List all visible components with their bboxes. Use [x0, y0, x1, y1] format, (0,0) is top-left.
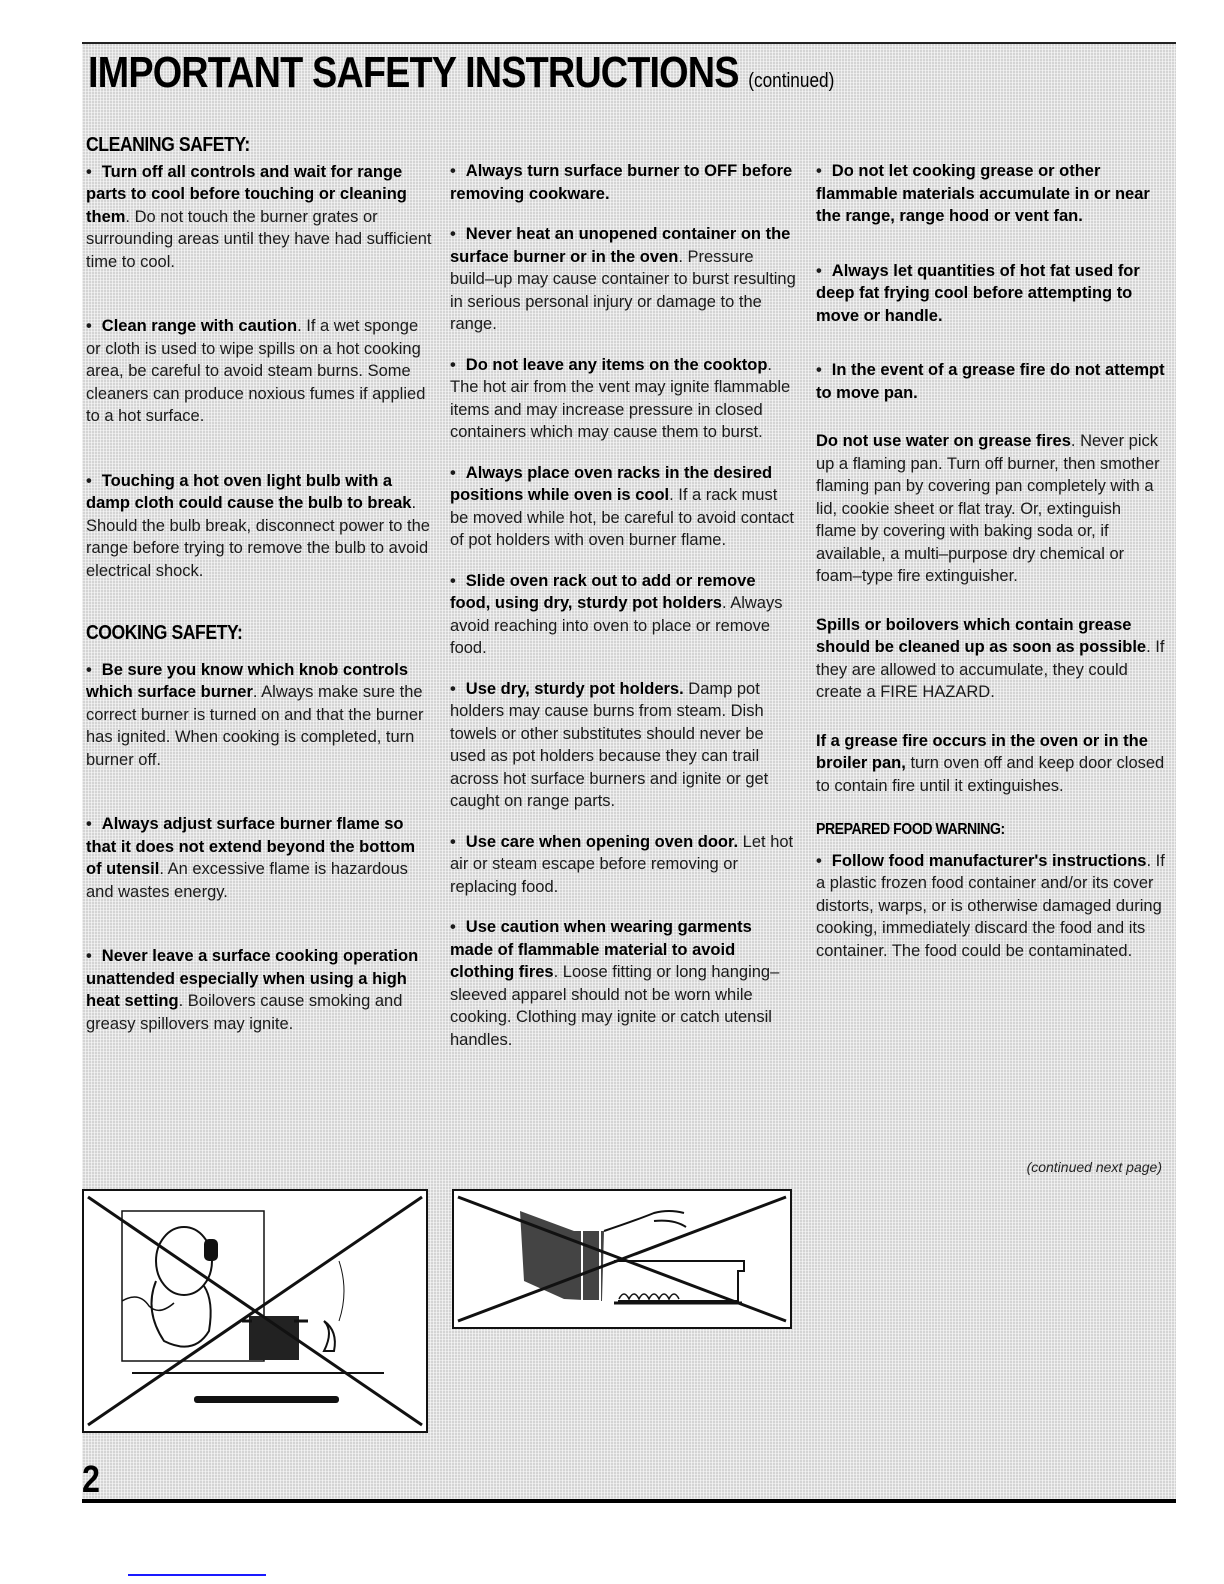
item-bold: Use dry, sturdy pot holders. — [466, 680, 684, 698]
column-3: •Do not let cooking grease or other flam… — [816, 164, 1166, 962]
instruction-item: •Always adjust surface burner flame so t… — [86, 813, 434, 903]
item-bold: Do not leave any items on the cooktop — [466, 356, 768, 374]
loose-sleeve-figure — [452, 1189, 792, 1329]
instruction-item: •Never heat an unopened container on the… — [450, 223, 796, 336]
item-bold: Follow food manufacturer's instructions — [832, 852, 1147, 870]
bullet-icon: • — [816, 361, 822, 379]
bullet-icon: • — [86, 317, 92, 335]
title-text: IMPORTANT SAFETY INSTRUCTIONS — [88, 48, 739, 97]
page-title: IMPORTANT SAFETY INSTRUCTIONS (continued… — [88, 48, 834, 98]
instruction-item: •Use care when opening oven door. Let ho… — [450, 831, 796, 899]
continued-next-page-note: (continued next page) — [1027, 1159, 1162, 1175]
instruction-item: •Do not let cooking grease or other flam… — [816, 160, 1166, 228]
instruction-item: •Always place oven racks in the desired … — [450, 462, 796, 552]
bullet-icon: • — [86, 815, 92, 833]
column-1: CLEANING SAFETY: •Turn off all controls … — [86, 164, 434, 1035]
crossed-out-unattended-cooking-icon — [84, 1191, 426, 1431]
bullet-icon: • — [86, 472, 92, 490]
crossed-out-loose-sleeve-icon — [454, 1191, 790, 1327]
item-bold: Touching a hot oven light bulb with a da… — [86, 472, 411, 513]
item-text: Damp pot holders may cause burns from st… — [450, 680, 768, 811]
item-bold: Always let quantities of hot fat used fo… — [816, 262, 1140, 325]
unattended-cooking-figure — [82, 1189, 428, 1433]
warning-paragraph: Spills or boilovers which contain grease… — [816, 614, 1166, 704]
item-bold: Always turn surface burner to OFF before… — [450, 162, 792, 203]
column-2: •Always turn surface burner to OFF befor… — [450, 164, 796, 1051]
bullet-icon: • — [450, 680, 456, 698]
title-suffix: (continued) — [748, 70, 834, 92]
instruction-item: •Use dry, sturdy pot holders. Damp pot h… — [450, 678, 796, 813]
instruction-item: •In the event of a grease fire do not at… — [816, 359, 1166, 404]
warning-paragraph: Do not use water on grease fires. Never … — [816, 430, 1166, 588]
instruction-item: •Do not leave any items on the cooktop. … — [450, 354, 796, 444]
bullet-icon: • — [450, 918, 456, 936]
instruction-item: •Use caution when wearing garments made … — [450, 916, 796, 1051]
cleaning-safety-heading: CLEANING SAFETY: — [86, 134, 392, 157]
bullet-icon: • — [86, 661, 92, 679]
item-bold: Use care when opening oven door. — [466, 833, 738, 851]
instruction-item: •Always let quantities of hot fat used f… — [816, 260, 1166, 328]
prepared-food-warning-heading: PREPARED FOOD WARNING: — [816, 819, 1124, 842]
paragraph-bold: Spills or boilovers which contain grease… — [816, 616, 1146, 657]
item-bold: Slide oven rack out to add or remove foo… — [450, 572, 756, 613]
page-number: 2 — [82, 1459, 100, 1502]
bullet-icon: • — [86, 163, 92, 181]
cooking-safety-heading: COOKING SAFETY: — [86, 622, 392, 645]
item-bold: In the event of a grease fire do not att… — [816, 361, 1165, 402]
instruction-item: •Touching a hot oven light bulb with a d… — [86, 470, 434, 583]
paragraph-bold: Do not use water on grease fires — [816, 432, 1071, 450]
instruction-item: •Never leave a surface cooking operation… — [86, 945, 434, 1035]
instruction-item: •Follow food manufacturer's instructions… — [816, 850, 1166, 963]
bullet-icon: • — [816, 162, 822, 180]
manual-page: IMPORTANT SAFETY INSTRUCTIONS (continued… — [82, 42, 1176, 1503]
instruction-item: •Be sure you know which knob controls wh… — [86, 659, 434, 772]
bullet-icon: • — [816, 852, 822, 870]
bullet-icon: • — [86, 947, 92, 965]
instruction-item: •Turn off all controls and wait for rang… — [86, 161, 434, 274]
warning-paragraph: If a grease fire occurs in the oven or i… — [816, 730, 1166, 798]
bullet-icon: • — [816, 262, 822, 280]
bullet-icon: • — [450, 356, 456, 374]
bullet-icon: • — [450, 162, 456, 180]
bullet-icon: • — [450, 464, 456, 482]
paragraph-text: . Never pick up a flaming pan. Turn off … — [816, 432, 1160, 585]
item-bold: Clean range with caution — [102, 317, 297, 335]
instruction-item: •Slide oven rack out to add or remove fo… — [450, 570, 796, 660]
instruction-item: •Clean range with caution. If a wet spon… — [86, 315, 434, 428]
instruction-item: •Always turn surface burner to OFF befor… — [450, 160, 796, 205]
blue-underline-mark — [128, 1574, 266, 1576]
item-text: . Do not touch the burner grates or surr… — [86, 208, 432, 271]
bullet-icon: • — [450, 572, 456, 590]
item-bold: Do not let cooking grease or other flamm… — [816, 162, 1150, 225]
bullet-icon: • — [450, 833, 456, 851]
bullet-icon: • — [450, 225, 456, 243]
